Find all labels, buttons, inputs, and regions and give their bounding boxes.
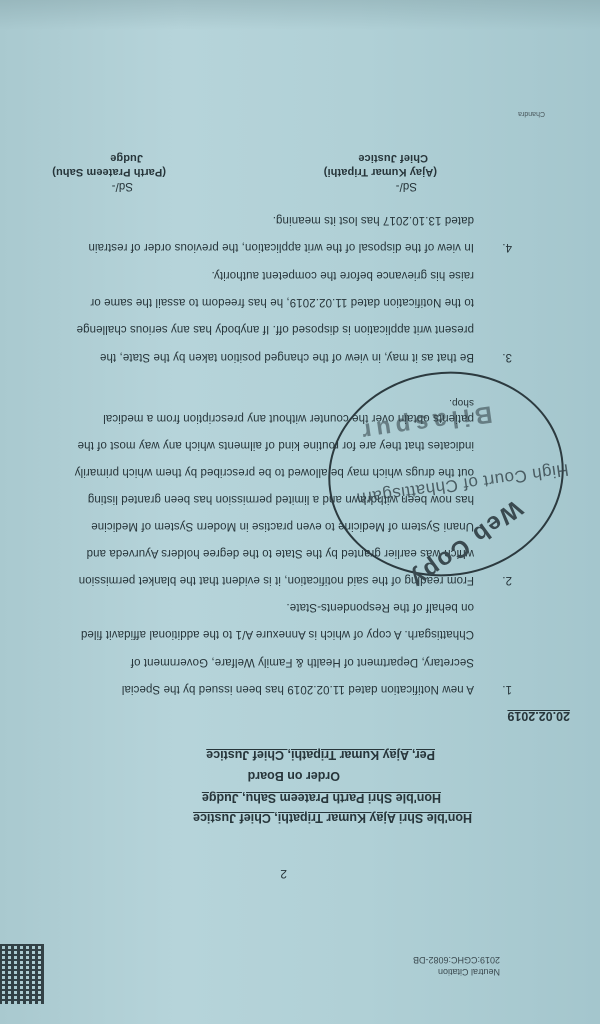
para-1-line: Secretary, Department of Health & Family… (131, 656, 474, 668)
para-4-number: 4. (502, 241, 512, 253)
para-3-line: to the Notification dated 11.02.2019, he… (90, 296, 474, 308)
para-3-line: Be that as it may, in view of the change… (100, 351, 474, 363)
signature-1-sd: Sd/- (396, 180, 418, 192)
para-4-line: dated 13.10.2017 has lost its meaning. (273, 214, 474, 226)
typist-initials: Chandra (518, 110, 545, 117)
signature-2-sd: Sd/- (112, 180, 134, 192)
order-date: 20.02.2019 (507, 709, 570, 723)
para-1-number: 1. (502, 683, 512, 695)
page-number: 2 (280, 867, 287, 881)
coram-chief-justice: Hon'ble Shri Ajay Kumar Tripathi, Chief … (193, 811, 472, 825)
para-3-line: raise his grievance before the competent… (211, 269, 474, 281)
signature-2-name: (Parth Prateem Sahu) (52, 166, 166, 178)
para-1-line: Chhattisgarh. A copy of which is Annexur… (81, 628, 474, 640)
para-2-number: 2. (502, 574, 512, 586)
citation-label: Neutral Citation (438, 966, 500, 978)
para-3-line: present writ application is disposed off… (76, 323, 474, 335)
stamp-bottom-text: Bilaspur (355, 399, 494, 446)
document-page: Neutral Citation 2019:CGHC:6082-DB 2 Hon… (0, 0, 600, 1024)
para-1-line: on behalf of the Respondents-State. (286, 601, 474, 613)
para-3-number: 3. (502, 351, 512, 363)
signature-1-name: (Ajay Kumar Tripathi) (324, 166, 437, 178)
order-title: Order on Board (248, 769, 340, 783)
qr-code (0, 944, 44, 1004)
signature-2-title: Judge (110, 152, 143, 164)
per-line: Per, Ajay Kumar Tripathi, Chief Justice (206, 748, 435, 762)
para-1-line: A new Notification dated 11.02.2019 has … (122, 683, 474, 695)
signature-1-title: Chief Justice (358, 152, 428, 164)
para-4-line: In view of the disposal of the writ appl… (88, 241, 474, 253)
page-shadow (0, 0, 600, 30)
citation-number: 2019:CGHC:6082-DB (413, 954, 500, 966)
coram-judge: Hon'ble Shri Parth Prateem Sahu, Judge (202, 791, 441, 805)
stamp-middle-text: High Court of Chhattisgarh (355, 459, 570, 509)
